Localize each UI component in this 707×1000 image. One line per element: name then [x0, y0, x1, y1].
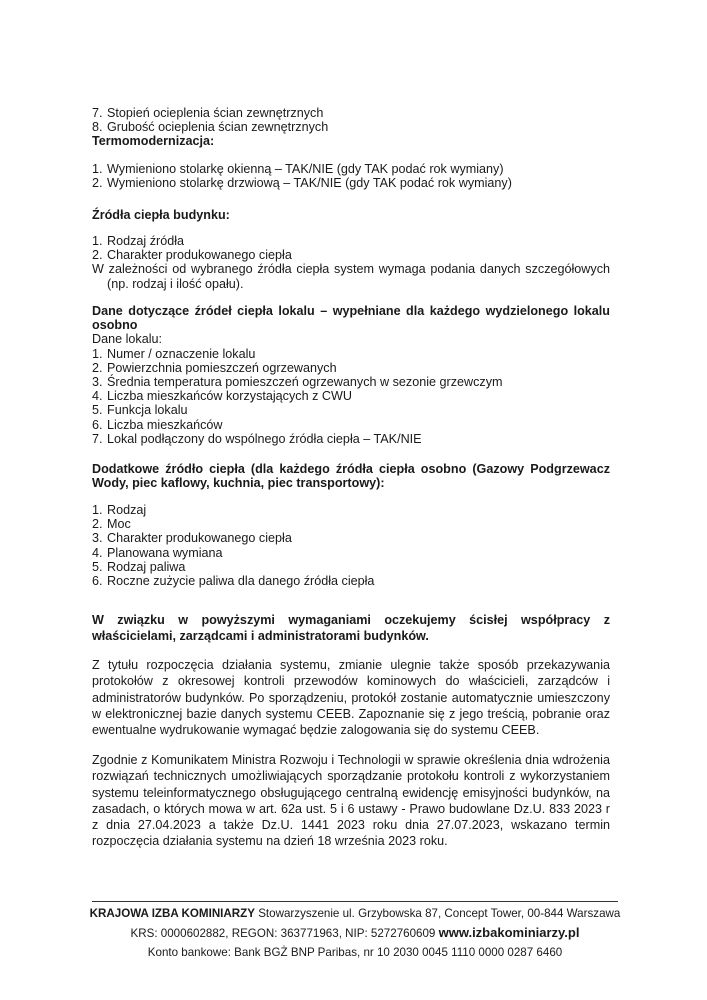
org-name: KRAJOWA IZBA KOMINIARZY [90, 907, 255, 920]
wall-insulation-list: 7.Stopień ocieplenia ścian zewnętrznych … [92, 106, 610, 149]
list-item: 6.Liczba mieszkańców [92, 418, 610, 432]
section-heading-unit-sources: Dane dotyczące źródeł ciepła lokalu – wy… [92, 304, 610, 318]
list-item: 3.Średnia temperatura pomieszczeń ogrzew… [92, 375, 610, 389]
list-item: 1.Rodzaj [92, 503, 610, 517]
list-item: 5.Rodzaj paliwa [92, 560, 610, 574]
unit-sources-section: Dane dotyczące źródeł ciepła lokalu – wy… [92, 304, 610, 446]
footer-bank-line: Konto bankowe: Bank BGŻ BNP Paribas, nr … [80, 943, 630, 962]
document-page: 7.Stopień ocieplenia ścian zewnętrznych … [0, 0, 707, 1000]
list-item: 8.Grubość ocieplenia ścian zewnętrznych [92, 120, 610, 134]
section-heading-unit-sources-cont: osobno [92, 318, 610, 332]
paragraph-announcement: Zgodnie z Komunikatem Ministra Rozwoju i… [92, 752, 610, 850]
list-item: 1.Wymieniono stolarkę okienną – TAK/NIE … [92, 162, 610, 176]
list-item: 3.Charakter produkowanego ciepła [92, 531, 610, 545]
section-heading-building-sources: Źródła ciepła budynku: [92, 208, 610, 222]
building-sources-note-cont: (np. rodzaj i ilość opału). [92, 277, 610, 291]
footer: KRAJOWA IZBA KOMINIARZY Stowarzyszenie u… [80, 904, 630, 962]
footer-address-line: KRAJOWA IZBA KOMINIARZY Stowarzyszenie u… [80, 904, 630, 923]
list-item: 7.Lokal podłączony do wspólnego źródła c… [92, 432, 610, 446]
list-item: 1.Rodzaj źródła [92, 234, 610, 248]
list-item: 2.Charakter produkowanego ciepła [92, 248, 610, 262]
building-sources-note: W zależności od wybranego źródła ciepła … [92, 262, 610, 276]
additional-sources-list: 1.Rodzaj 2.Moc 3.Charakter produkowanego… [92, 503, 610, 588]
list-item: 7.Stopień ocieplenia ścian zewnętrznych [92, 106, 610, 120]
section-heading-termomodernizacja: Termomodernizacja: [92, 134, 610, 148]
list-item: 6.Roczne zużycie paliwa dla danego źródł… [92, 574, 610, 588]
cooperation-statement: W związku w powyższymi wymaganiami oczek… [92, 612, 610, 644]
list-item: 4.Planowana wymiana [92, 546, 610, 560]
website-link[interactable]: www.izbakominiarzy.pl [439, 925, 580, 940]
list-item: 5.Funkcja lokalu [92, 403, 610, 417]
footer-divider [92, 901, 618, 902]
unit-data-subheading: Dane lokalu: [92, 332, 610, 346]
list-item: 2.Wymieniono stolarkę drzwiową – TAK/NIE… [92, 176, 610, 190]
additional-sources-heading: Dodatkowe źródło ciepła (dla każdego źró… [92, 462, 610, 490]
building-sources-list: 1.Rodzaj źródła 2.Charakter produkowaneg… [92, 234, 610, 291]
list-item: 2.Powierzchnia pomieszczeń ogrzewanych [92, 361, 610, 375]
footer-registry-line: KRS: 0000602882, REGON: 363771963, NIP: … [80, 923, 630, 943]
list-item: 1.Numer / oznaczenie lokalu [92, 347, 610, 361]
list-item: 2.Moc [92, 517, 610, 531]
termomodernizacja-list: 1.Wymieniono stolarkę okienną – TAK/NIE … [92, 162, 610, 190]
paragraph-protocols: Z tytułu rozpoczęcia działania systemu, … [92, 657, 610, 738]
list-item: 4.Liczba mieszkańców korzystających z CW… [92, 389, 610, 403]
